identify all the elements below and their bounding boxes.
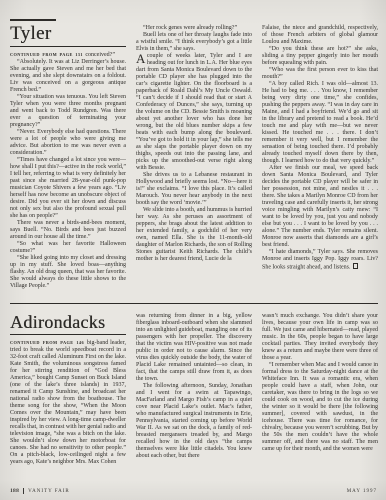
footer-divider-bar bbox=[23, 488, 24, 494]
article-tyler: Tyler Continued from page 131 conceived?… bbox=[10, 19, 378, 302]
continued-from-slug: Continued from page 146 bbox=[10, 340, 87, 345]
column-body: Continued from page 131 conceived?”“Abso… bbox=[10, 51, 126, 290]
paragraph: After we finish our meal, we speed back … bbox=[262, 165, 378, 249]
section-divider-rule bbox=[10, 303, 378, 304]
column-body: Continued from page 146 big-band leader,… bbox=[10, 339, 126, 466]
article-adirondacks: Adirondacks Continued from page 146 big-… bbox=[10, 309, 378, 482]
column-body: “Her rock genes were already rolling?”Bu… bbox=[136, 25, 252, 263]
paragraph: Continued from page 131 conceived?” bbox=[10, 51, 126, 59]
column-body: Falaise, the niece and grandchild, respe… bbox=[262, 25, 378, 272]
paragraph: “Do you think these are hot?” she asks, … bbox=[262, 46, 378, 67]
paragraph: We slide into a booth, and hummus is hur… bbox=[136, 207, 252, 263]
adirondacks-column-2: was returning from dinner in a big, yell… bbox=[136, 309, 252, 482]
paragraph: “Her rock genes were already rolling?” bbox=[136, 25, 252, 32]
paragraph: Falaise, the niece and grandchild, respe… bbox=[262, 25, 378, 46]
column-body: wasn’t much exchange. You didn’t share y… bbox=[262, 313, 378, 453]
paragraph: She drives us to a Lebanese restaurant i… bbox=[136, 172, 252, 207]
paragraph: “I remember when Mac and I would canoe i… bbox=[262, 362, 378, 453]
paragraph: The following afternoon, Sunday, Jonatha… bbox=[136, 383, 252, 460]
article-title-tyler: Tyler bbox=[10, 24, 126, 44]
title-underline-rule bbox=[10, 334, 126, 335]
tyler-column-2: “Her rock genes were already rolling?”Bu… bbox=[136, 19, 252, 302]
paragraph: was returning from dinner in a big, yell… bbox=[136, 313, 252, 383]
paragraph: “A boy called Rich. I was old—almost 13.… bbox=[262, 81, 378, 165]
tyler-column-1: Tyler Continued from page 131 conceived?… bbox=[10, 19, 126, 302]
paragraph: “Your situation was tenuous. You left St… bbox=[10, 94, 126, 129]
tyler-header: Tyler bbox=[10, 19, 126, 47]
title-underline-rule bbox=[10, 46, 126, 47]
paragraph: “So what was her favorite Halloween cost… bbox=[10, 241, 126, 255]
paragraph: There was never a birds-and-bees moment,… bbox=[10, 220, 126, 241]
paragraph: Buell lets one of her throaty laughs fad… bbox=[136, 32, 252, 53]
paragraph: “Absolutely. It was at Liz Derringer’s h… bbox=[10, 59, 126, 94]
paragraph: “Times have changed a lot since you were… bbox=[10, 157, 126, 220]
end-of-article-mark bbox=[353, 263, 359, 269]
drop-cap: A bbox=[136, 53, 147, 65]
tyler-column-3: Falaise, the niece and grandchild, respe… bbox=[262, 19, 378, 302]
continued-from-slug: Continued from page 131 bbox=[10, 52, 85, 57]
paragraph: “Who was the first person ever to kiss t… bbox=[262, 67, 378, 81]
paragraph: A couple of weeks later, Tyler and I are… bbox=[136, 53, 252, 172]
adirondacks-header: Adirondacks bbox=[10, 312, 126, 335]
page-footer: 188 VANITY FAIR MAY 1997 bbox=[10, 488, 377, 494]
footer-page-number: 188 bbox=[10, 488, 19, 494]
magazine-page: Tyler Continued from page 131 conceived?… bbox=[0, 0, 386, 500]
header-top-rule bbox=[10, 19, 56, 21]
footer-issue-date: MAY 1997 bbox=[347, 489, 377, 494]
article-title-adirondacks: Adirondacks bbox=[10, 312, 126, 332]
paragraph: “She liked going into my closet and dres… bbox=[10, 255, 126, 290]
column-body: was returning from dinner in a big, yell… bbox=[136, 313, 252, 460]
paragraph: wasn’t much exchange. You didn’t share y… bbox=[262, 313, 378, 362]
paragraph: Continued from page 146 big-band leader,… bbox=[10, 339, 126, 466]
paragraph: “I hate diamonds,” Tyler says. She remov… bbox=[262, 249, 378, 272]
adirondacks-column-1: Adirondacks Continued from page 146 big-… bbox=[10, 309, 126, 482]
adirondacks-column-3: wasn’t much exchange. You didn’t share y… bbox=[262, 309, 378, 482]
paragraph: “Never. Everybody else had questions. Th… bbox=[10, 129, 126, 157]
footer-magazine-name: VANITY FAIR bbox=[28, 489, 70, 494]
